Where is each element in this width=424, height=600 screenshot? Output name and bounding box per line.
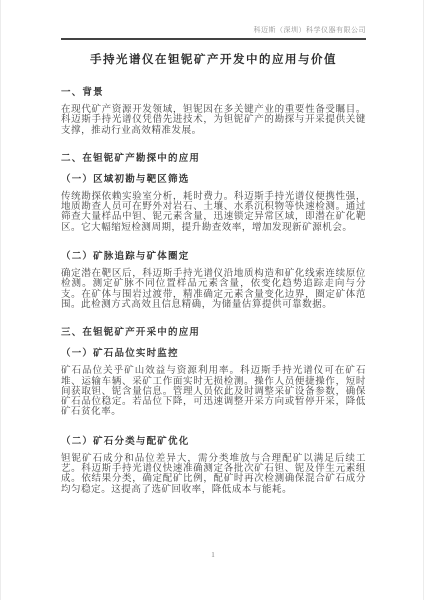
page-footer: 1: [1, 551, 424, 559]
paragraph-regional-survey: 传统勘探依赖实验室分析，耗时费力。科迈斯手持光谱仪便携性强，地质勘查人员可在野外…: [61, 192, 366, 233]
document-title: 手持光谱仪在钽铌矿产开发中的应用与价值: [61, 53, 366, 68]
page-number: 1: [211, 551, 215, 559]
section-heading-background: 一、背景: [61, 87, 366, 99]
subheading-vein-tracking: （二）矿脉追踪与矿体圈定: [61, 251, 366, 263]
paragraph-grade-monitoring: 矿石品位关乎矿山效益与资源利用率。科迈斯手持光谱仪可在矿石堆、运输车辆、采矿工作…: [61, 366, 366, 417]
paragraph-ore-classification: 钽铌矿石成分和品位差异大，需分类堆放与合理配矿以满足后续工艺。科迈斯手持光谱仪快…: [61, 454, 366, 495]
header-rule: [61, 38, 366, 40]
subheading-regional-survey: （一）区域初勘与靶区筛选: [61, 174, 366, 186]
subheading-ore-classification: （二）矿石分类与配矿优化: [61, 436, 366, 448]
paragraph-vein-tracking: 确定潜在靶区后，科迈斯手持光谱仪沿地质构造和矿化线索连续原位检测。测定矿脉不同位…: [61, 269, 366, 310]
document-page: 科迈斯（深圳）科学仪器有限公司 手持光谱仪在钽铌矿产开发中的应用与价值 一、背景…: [0, 0, 424, 600]
company-name: 科迈斯（深圳）科学仪器有限公司: [254, 26, 367, 34]
section-heading-exploration: 二、在钽铌矿产勘探中的应用: [61, 153, 366, 165]
paragraph-background: 在现代矿产资源开发领域，钽铌因在多关键产业的重要性备受瞩目。科迈斯手持光谱仪凭借…: [61, 105, 366, 136]
page-header: 科迈斯（深圳）科学仪器有限公司: [61, 26, 366, 35]
section-heading-mining: 三、在钽铌矿产开采中的应用: [61, 327, 366, 339]
subheading-grade-monitoring: （一）矿石品位实时监控: [61, 348, 366, 360]
